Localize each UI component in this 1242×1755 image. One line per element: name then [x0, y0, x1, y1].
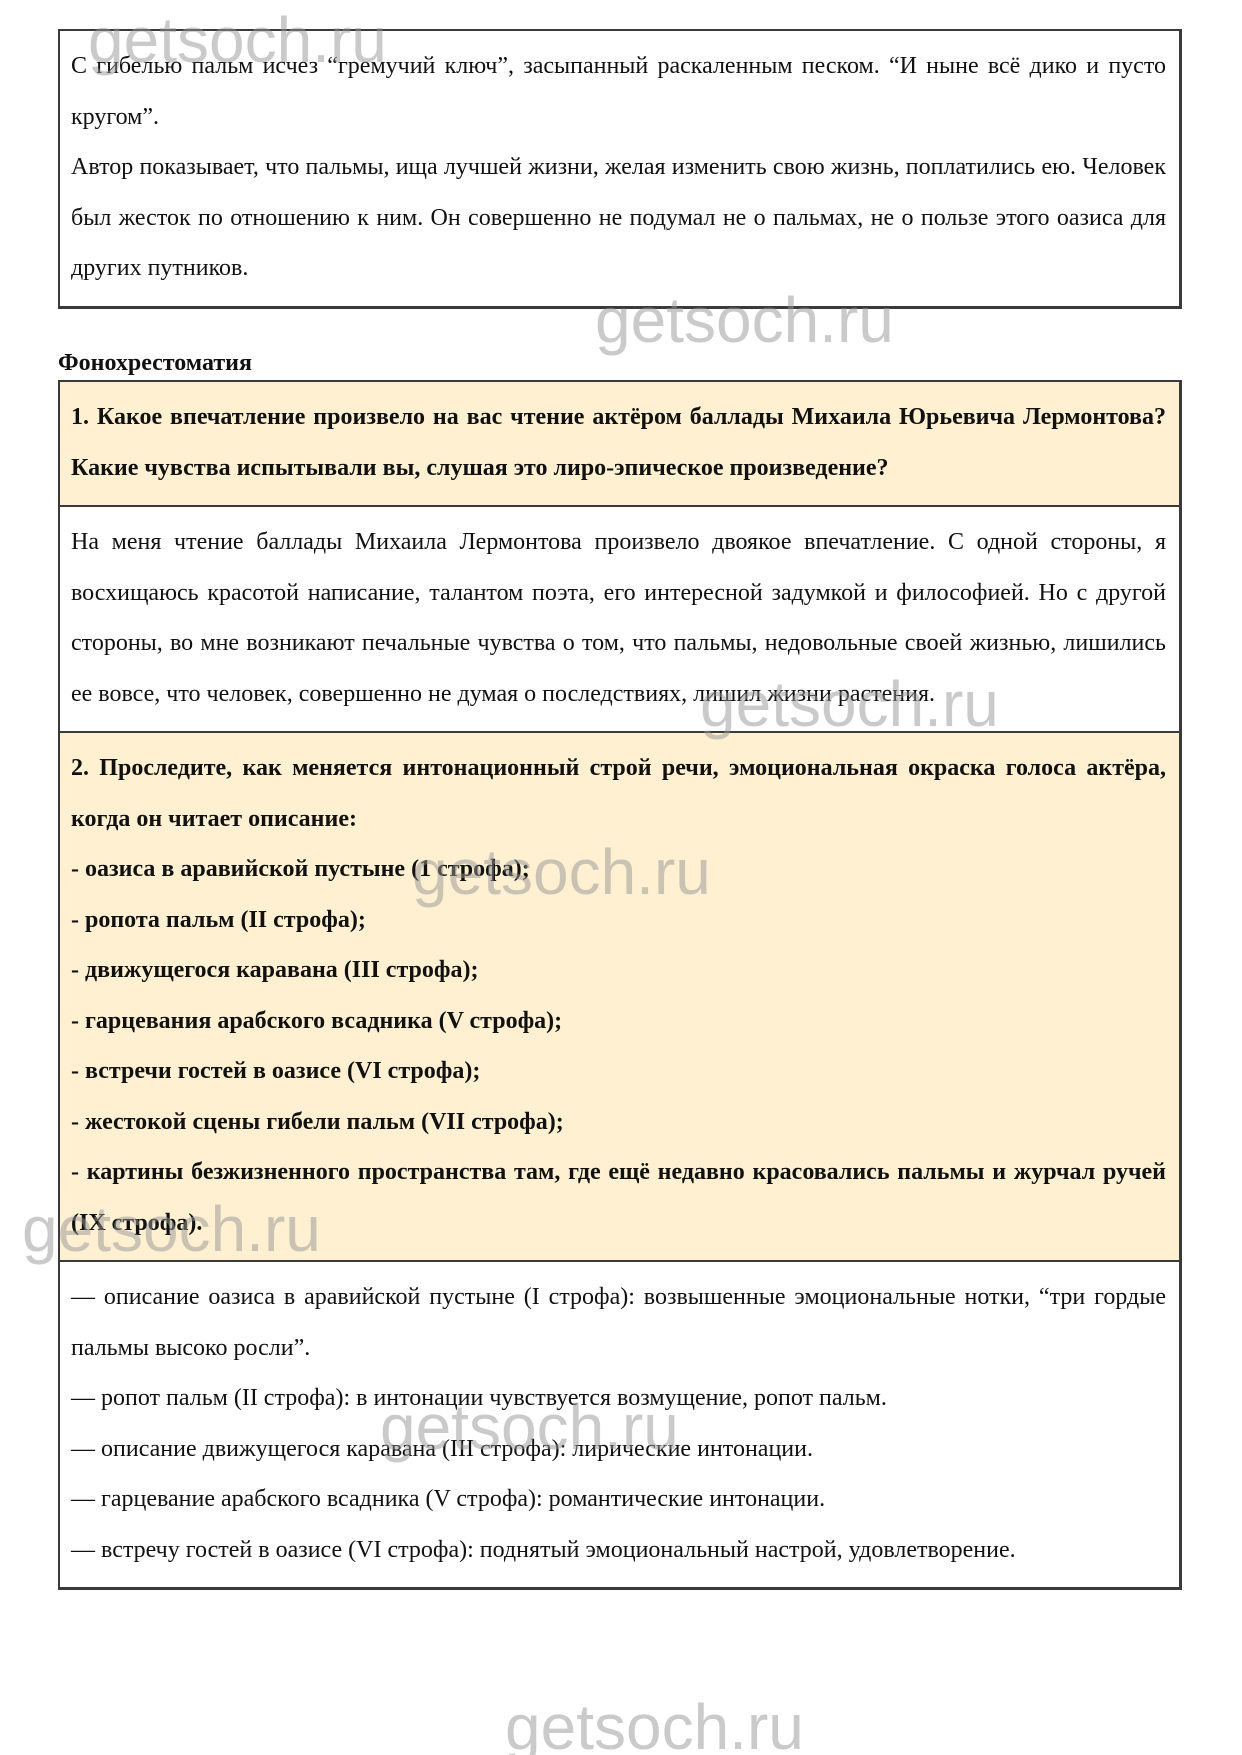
- answer-box-continuation: С гибелью пальм исчез “гремучий ключ”, з…: [58, 29, 1182, 309]
- answer-paragraph: С гибелью пальм исчез “гремучий ключ”, з…: [71, 41, 1166, 142]
- answer-line: — гарцевание арабского всадника (V строф…: [71, 1474, 1166, 1525]
- question-line: - ропота пальм (II строфа);: [71, 895, 1166, 946]
- question-text: 1. Какое впечатление произвело на вас чт…: [71, 392, 1166, 493]
- answer-paragraph: На меня чтение баллады Михаила Лермонтов…: [71, 517, 1166, 719]
- question-cell-1: 1. Какое впечатление произвело на вас чт…: [60, 382, 1179, 505]
- answer-line: — встречу гостей в оазисе (VI строфа): п…: [71, 1525, 1166, 1576]
- answer-line: — описание движущегося каравана (III стр…: [71, 1424, 1166, 1475]
- answer-cell-2: — описание оазиса в аравийской пустыне (…: [60, 1262, 1179, 1587]
- section-title: Фонохрестоматия: [58, 349, 252, 377]
- watermark: getsoch.ru: [505, 1695, 804, 1755]
- question-cell-2: 2. Проследите, как меняется интонационны…: [60, 733, 1179, 1260]
- qa-table: 1. Какое впечатление произвело на вас чт…: [58, 380, 1182, 1590]
- question-line: 2. Проследите, как меняется интонационны…: [71, 743, 1166, 844]
- question-line: - гарцевания арабского всадника (V строф…: [71, 996, 1166, 1047]
- answer-paragraph: Автор показывает, что пальмы, ища лучшей…: [71, 142, 1166, 294]
- answer-cell: С гибелью пальм исчез “гремучий ключ”, з…: [60, 31, 1179, 306]
- question-line: - оазиса в аравийской пустыне (1 строфа)…: [71, 844, 1166, 895]
- question-line: - картины безжизненного пространства там…: [71, 1147, 1166, 1248]
- question-line: - жестокой сцены гибели пальм (VII строф…: [71, 1097, 1166, 1148]
- question-line: - встречи гостей в оазисе (VI строфа);: [71, 1046, 1166, 1097]
- answer-line: — ропот пальм (II строфа): в интонации ч…: [71, 1373, 1166, 1424]
- answer-line: — описание оазиса в аравийской пустыне (…: [71, 1272, 1166, 1373]
- question-line: - движущегося каравана (III строфа);: [71, 945, 1166, 996]
- answer-cell-1: На меня чтение баллады Михаила Лермонтов…: [60, 507, 1179, 731]
